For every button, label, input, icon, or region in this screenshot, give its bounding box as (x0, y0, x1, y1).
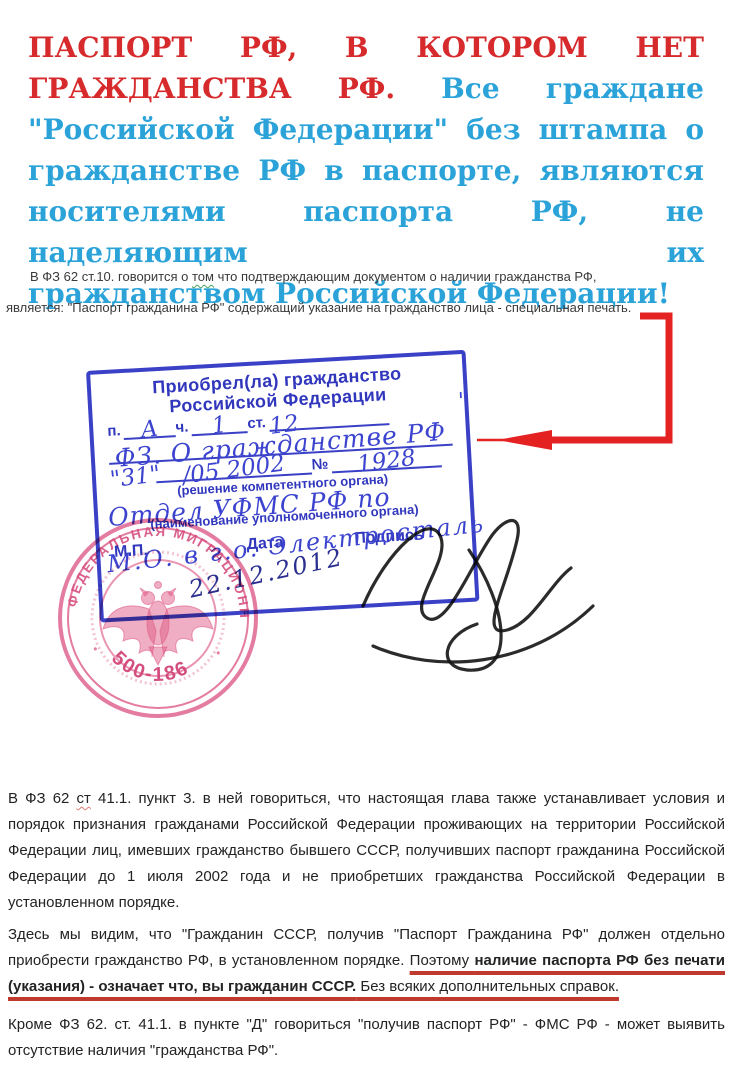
headline-line-4: гражданстве РФ в паспорте, являются (28, 150, 704, 191)
stamp-blank-p: А (123, 418, 176, 440)
bold-text: (указания) - означает что, вы гражданин … (8, 978, 356, 995)
paragraph-line: (указания) - означает что, вы гражданин … (8, 974, 725, 1000)
spellcheck-underlined-word: ст (77, 790, 91, 807)
intro-text: что подтверждающим документом о наличии … (214, 269, 596, 284)
headline-line-1: ПАСПОРТ РФ, В КОТОРОМ НЕТ (28, 27, 704, 68)
paragraph-line: Федерации до 1 июля 2002 года и не приоб… (8, 864, 725, 890)
body-text: Поэтому (410, 952, 475, 969)
headline-red-text: ГРАЖДАНСТВА РФ. (28, 72, 395, 105)
headline-line-3: "Российской Федерации" без штампа о (28, 109, 704, 150)
stamp-label-ch: ч. (175, 419, 192, 437)
body-paragraph-3: Кроме ФЗ 62. ст. 41.1. в пункте "Д" гово… (8, 1012, 725, 1064)
headline-blue-text: Все граждане (395, 72, 704, 105)
intro-line-1: В ФЗ 62 ст.10. говорится о том что подтв… (30, 268, 596, 285)
paragraph-line: приобрести гражданство РФ, в установленн… (8, 948, 725, 974)
paragraph-line: отсутствие наличия "гражданства РФ". (8, 1038, 725, 1064)
handwritten-day: "31" (109, 465, 157, 491)
handwritten-quote-mark: " (457, 389, 469, 415)
body-text: 41.1. пункт 3. в ней говориться, что нас… (91, 790, 725, 807)
stamp-day-cell: "31" (109, 466, 156, 486)
paragraph-line: Здесь мы видим, что "Гражданин СССР, пол… (8, 922, 725, 948)
headline-red-text: ПАСПОРТ РФ, В КОТОРОМ НЕТ (28, 31, 704, 64)
body-paragraph-1: В ФЗ 62 ст 41.1. пункт 3. в ней говорить… (8, 786, 725, 916)
paragraph-line: В ФЗ 62 ст 41.1. пункт 3. в ней говорить… (8, 786, 725, 812)
body-text: В ФЗ 62 (8, 790, 77, 807)
intro-line-2: является: "Паспорт гражданина РФ" содерж… (6, 299, 631, 316)
body-text: Без всяких дополнительных справок. (356, 978, 619, 995)
paragraph-line: Кроме ФЗ 62. ст. 41.1. в пункте "Д" гово… (8, 1012, 725, 1038)
paragraph-line: Федерации лиц, имевших гражданство бывше… (8, 838, 725, 864)
stamp-label-number: № (311, 456, 332, 474)
paragraph-line: установленном порядке. (8, 890, 725, 916)
signature (345, 488, 615, 688)
fms-round-seal-icon: ФЕДЕРАЛЬНАЯ МИГРАЦИОННАЯ СЛУЖБА • • 500-… (53, 513, 263, 723)
red-underlined-text: (указания) - означает что, вы гражданин … (8, 978, 619, 995)
poster-page: ПАСПОРТ РФ, В КОТОРОМ НЕТ ГРАЖДАНСТВА РФ… (0, 0, 730, 1080)
headline-line-2: ГРАЖДАНСТВА РФ. Все граждане (28, 68, 704, 109)
red-underlined-text: Поэтому наличие паспорта РФ без печати (410, 952, 725, 969)
intro-text: В ФЗ 62 ст.10. говорится о (30, 269, 192, 284)
headline-line-5: носителями паспорта РФ, не наделяющим их (28, 191, 704, 273)
body-paragraph-2: Здесь мы видим, что "Гражданин СССР, пол… (8, 922, 725, 1000)
bold-text: наличие паспорта РФ без печати (474, 952, 725, 969)
stamp-label-p: п. (107, 423, 124, 441)
intro-grammar-underlined-word: том (192, 269, 214, 284)
body-text: приобрести гражданство РФ, в установленн… (8, 952, 410, 969)
paragraph-line: порядок признания гражданами Российской … (8, 812, 725, 838)
